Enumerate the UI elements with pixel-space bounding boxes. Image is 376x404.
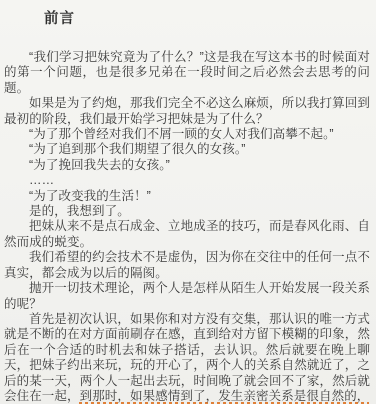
paragraph: 首先是初次认识，如果你和对方没有交集，那认识的唯一方式就是不断的在对方面前刷存在… [4, 312, 370, 404]
paragraph: “为了追到那个我们期望了很久的女孩。” [4, 142, 370, 157]
paragraph: 是的，我想到了。 [4, 204, 370, 219]
content-area: “我们学习把妹究竟为了什么？”这是我在写这本书的时候面对的第一个问题，也是很多兄… [0, 50, 376, 404]
paragraph: “为了改变我的生活！” [4, 189, 370, 204]
paragraph: 把妹从来不是点石成金、立地成圣的技巧，而是春风化雨、自然而成的蜕变。 [4, 219, 370, 250]
paragraph: “我们学习把妹究竟为了什么？”这是我在写这本书的时候面对的第一个问题，也是很多兄… [4, 50, 370, 96]
reader-page: 前言 “我们学习把妹究竟为了什么？”这是我在写这本书的时候面对的第一个问题，也是… [0, 0, 376, 404]
page-title: 前言 [0, 0, 376, 29]
emphasized-text: 到那时，如果感情到了，发生亲密关系是很自然的， [80, 389, 370, 403]
paragraph: …… [4, 173, 370, 188]
paragraph: 抛开一切技术理论，两个人是怎样从陌生人开始发展一段关系的呢？ [4, 281, 370, 312]
paragraph: “为了那个曾经对我们不屑一顾的女人对我们高攀不起。” [4, 127, 370, 142]
paragraph: “为了挽回我失去的女孩。” [4, 158, 370, 173]
paragraph: 如果是为了约炮，那我们完全不必这么麻烦，所以我打算回到最初的阶段，我们最开始学习… [4, 96, 370, 127]
paragraph: 我们希望的约会技术不是虚伪，因为你在交往中的任何一点不真实，都会成为以后的隔阂。 [4, 250, 370, 281]
